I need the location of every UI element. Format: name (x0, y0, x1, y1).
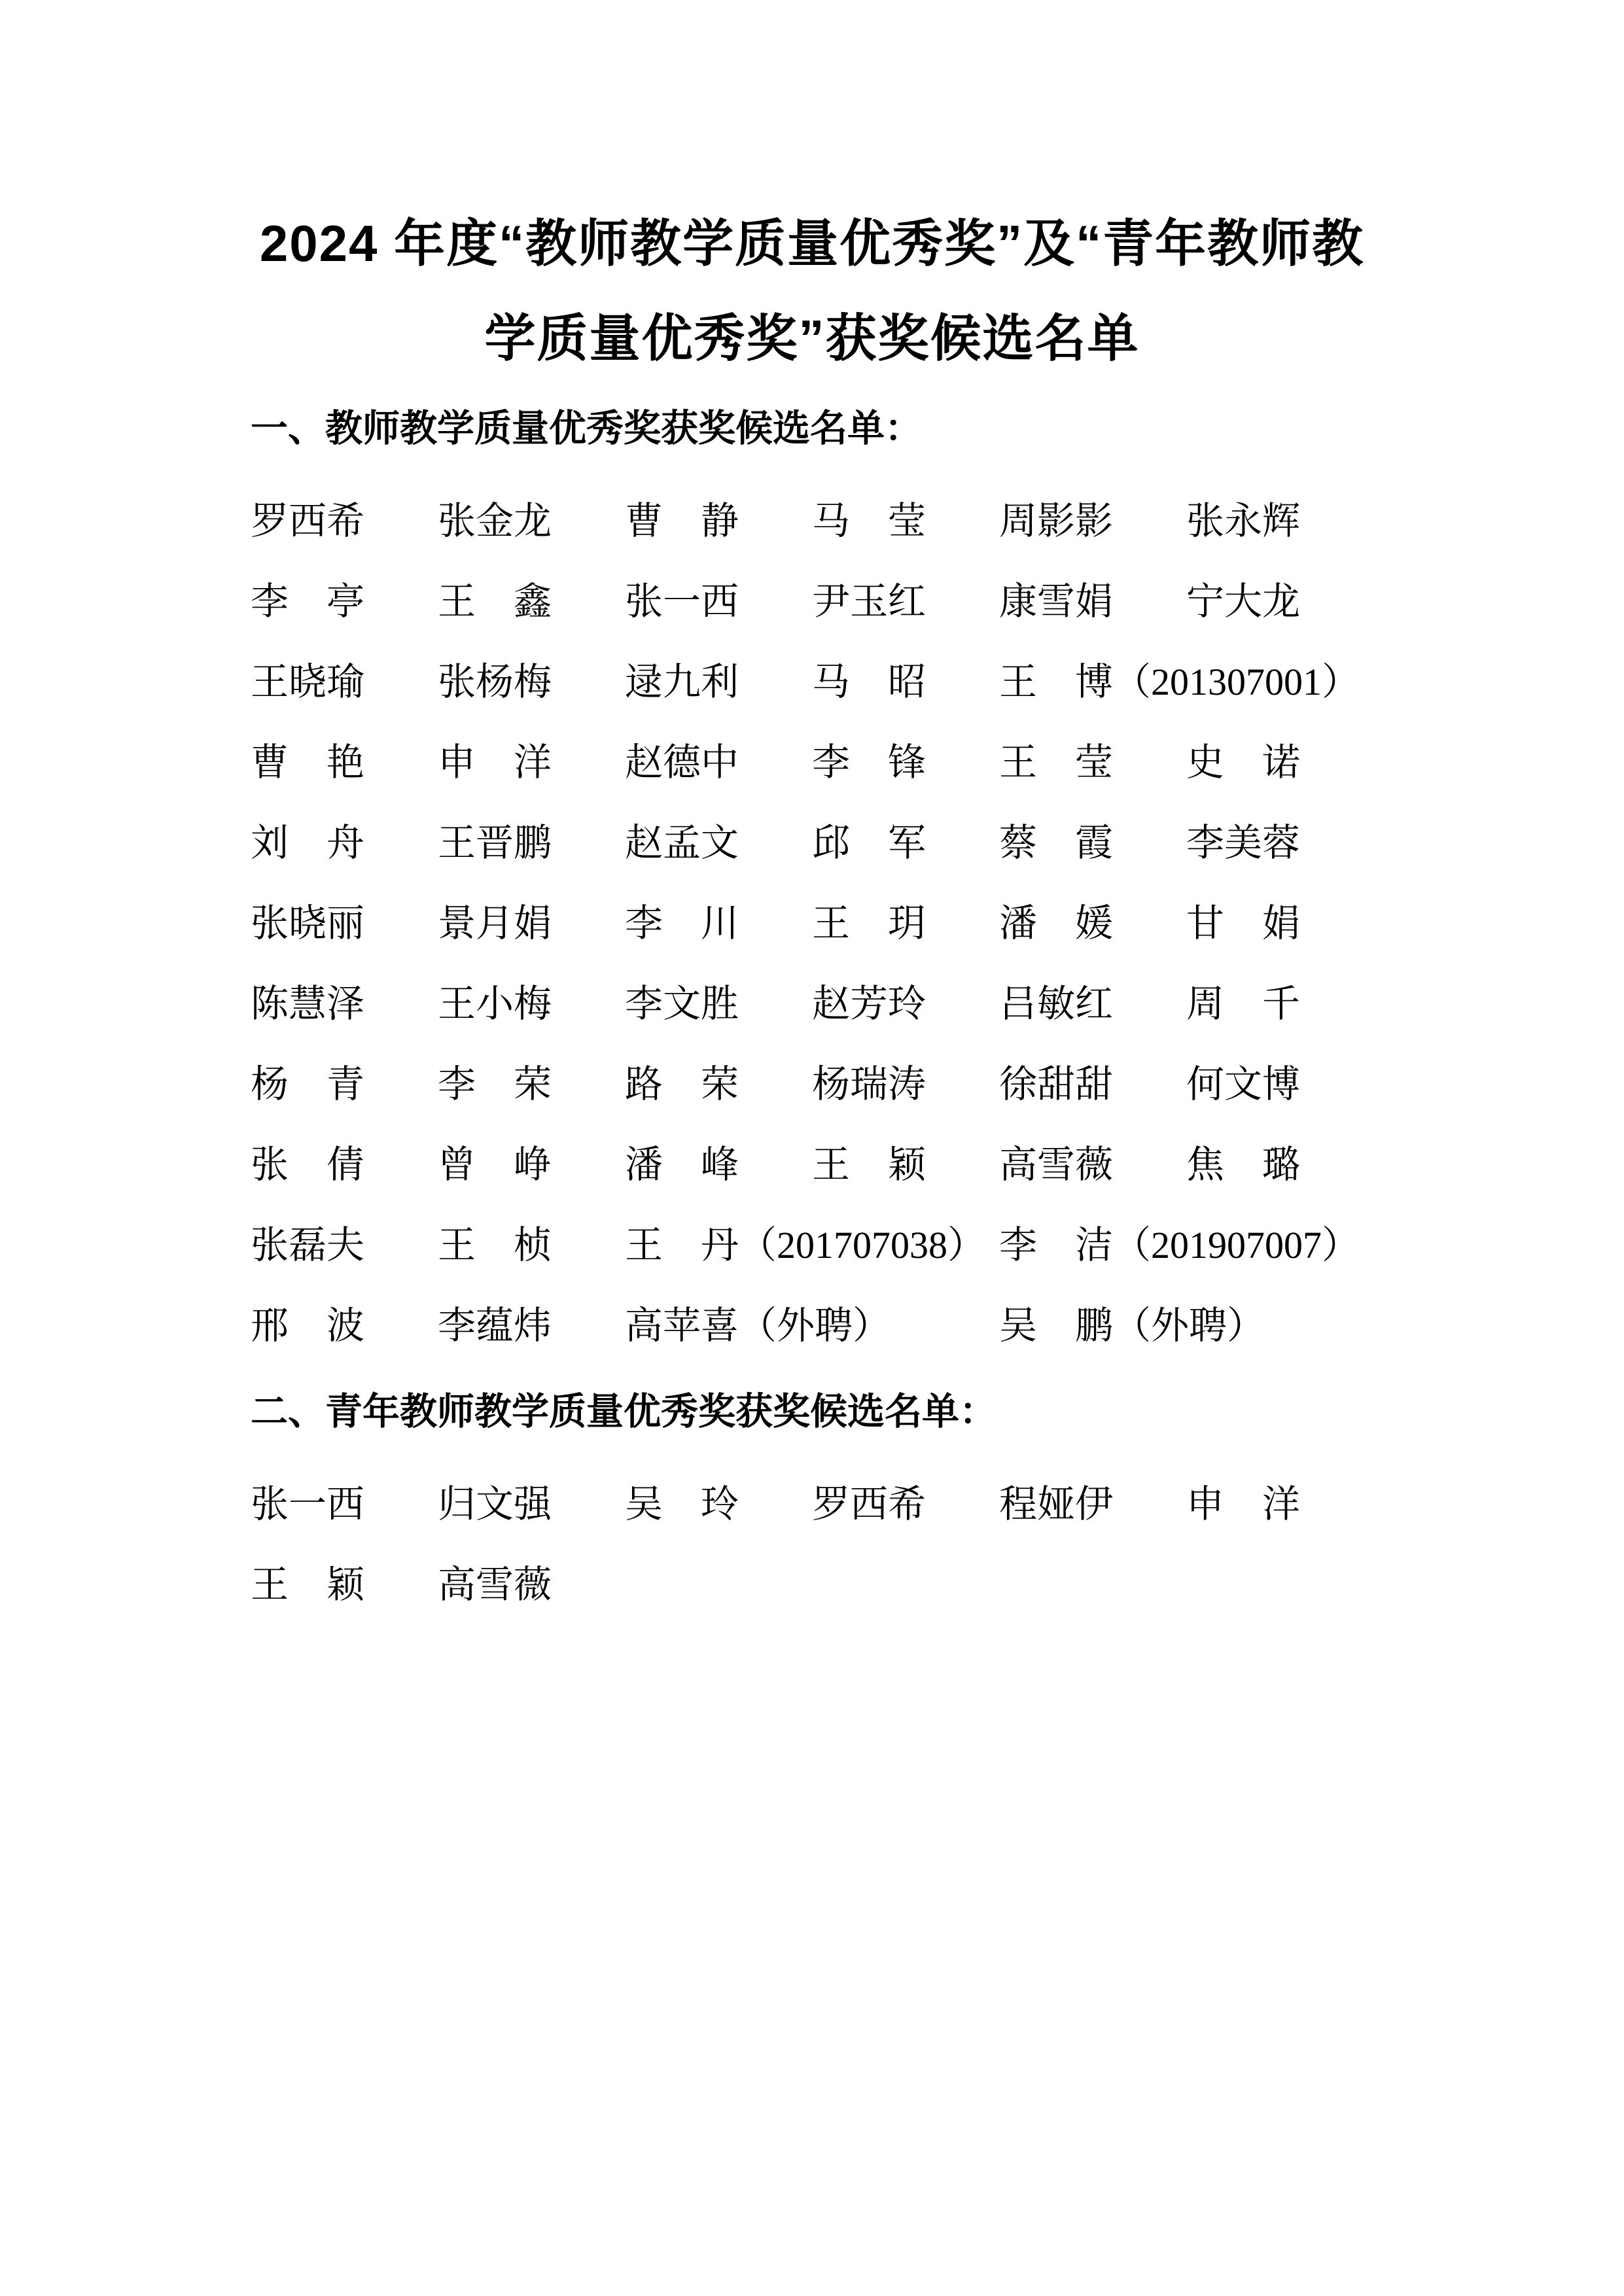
candidate-name: 王 博（201307001） (999, 655, 1373, 709)
candidate-name: 蔡 霞 (999, 816, 1186, 870)
candidate-name: 康雪娟 (999, 575, 1186, 629)
name-row: 张一西归文强吴 玲罗西希程娅伊申 洋 (251, 1464, 1373, 1544)
candidate-name: 张晓丽 (251, 897, 438, 950)
candidate-name: 邢 波 (251, 1299, 438, 1353)
candidate-name: 杨 青 (251, 1058, 438, 1111)
candidate-name: 李 亭 (251, 575, 438, 629)
candidate-name: 陈慧泽 (251, 977, 438, 1031)
document-title-line-2: 学质量优秀奖”获奖候选名单 (251, 291, 1373, 386)
candidate-name: 高苹喜（外聘） (625, 1299, 999, 1353)
candidate-name: 高雪薇 (999, 1138, 1186, 1192)
candidate-name: 潘 峰 (625, 1138, 812, 1192)
section2-heading: 二、青年教师教学质量优秀奖获奖候选名单： (251, 1385, 1373, 1438)
name-row: 杨 青李 荣路 荣杨瑞涛徐甜甜何文博 (251, 1044, 1373, 1124)
candidate-name: 张杨梅 (438, 655, 625, 709)
candidate-name: 焦 璐 (1186, 1138, 1373, 1192)
candidate-name: 李 川 (625, 897, 812, 950)
candidate-name: 王 颖 (812, 1138, 999, 1192)
name-row: 张 倩曾 峥潘 峰王 颖高雪薇焦 璐 (251, 1124, 1373, 1205)
name-row: 曹 艳申 洋赵德中李 锋王 莹史 诺 (251, 722, 1373, 803)
candidate-name: 王小梅 (438, 977, 625, 1031)
candidate-name: 赵孟文 (625, 816, 812, 870)
candidate-name: 程娅伊 (999, 1478, 1186, 1531)
candidate-name: 张永辉 (1186, 495, 1373, 548)
section1-heading: 一、教师教学质量优秀奖获奖候选名单： (251, 402, 1373, 455)
name-row: 王晓瑜张杨梅逯九利马 昭王 博（201307001） (251, 642, 1373, 722)
candidate-name: 王 鑫 (438, 575, 625, 629)
candidate-name: 路 荣 (625, 1058, 812, 1111)
candidate-name: 吴 鹏（外聘） (999, 1299, 1373, 1353)
name-row: 张磊夫王 桢王 丹（201707038）李 洁（201907007） (251, 1205, 1373, 1285)
candidate-name: 李文胜 (625, 977, 812, 1031)
candidate-name: 杨瑞涛 (812, 1058, 999, 1111)
name-row: 罗西希张金龙曹 静马 莹周影影张永辉 (251, 481, 1373, 561)
name-row: 刘 舟王晋鹏赵孟文邱 军蔡 霞李美蓉 (251, 803, 1373, 883)
candidate-name: 曾 峥 (438, 1138, 625, 1192)
candidate-name: 宁大龙 (1186, 575, 1373, 629)
candidate-name: 罗西希 (251, 495, 438, 548)
candidate-name: 罗西希 (812, 1478, 999, 1531)
candidate-name: 张磊夫 (251, 1219, 438, 1272)
candidate-name: 徐甜甜 (999, 1058, 1186, 1111)
candidate-name: 刘 舟 (251, 816, 438, 870)
candidate-name: 申 洋 (438, 736, 625, 790)
candidate-name: 吴 玲 (625, 1478, 812, 1531)
candidate-name: 王 桢 (438, 1219, 625, 1272)
candidate-name: 曹 静 (625, 495, 812, 548)
candidate-name: 何文博 (1186, 1058, 1373, 1111)
name-row: 王 颖高雪薇 (251, 1544, 1373, 1625)
candidate-name: 申 洋 (1186, 1478, 1373, 1531)
section2-name-list: 张一西归文强吴 玲罗西希程娅伊申 洋王 颖高雪薇 (251, 1464, 1373, 1625)
candidate-name: 周 千 (1186, 977, 1373, 1031)
candidate-name: 尹玉红 (812, 575, 999, 629)
candidate-name: 李 荣 (438, 1058, 625, 1111)
candidate-name: 王 玥 (812, 897, 999, 950)
candidate-name: 甘 娟 (1186, 897, 1373, 950)
candidate-name: 景月娟 (438, 897, 625, 950)
candidate-name: 王 莹 (999, 736, 1186, 790)
candidate-name: 赵德中 (625, 736, 812, 790)
candidate-name: 李 锋 (812, 736, 999, 790)
candidate-name: 张金龙 (438, 495, 625, 548)
candidate-name: 曹 艳 (251, 736, 438, 790)
name-row: 陈慧泽王小梅李文胜赵芳玲吕敏红周 千 (251, 964, 1373, 1044)
candidate-name: 张一西 (625, 575, 812, 629)
candidate-name: 张一西 (251, 1478, 438, 1531)
candidate-name: 高雪薇 (438, 1558, 625, 1612)
candidate-name: 归文强 (438, 1478, 625, 1531)
candidate-name: 王晋鹏 (438, 816, 625, 870)
name-row: 李 亭王 鑫张一西尹玉红康雪娟宁大龙 (251, 561, 1373, 642)
candidate-name: 王 丹（201707038） (625, 1219, 999, 1272)
candidate-name: 史 诺 (1186, 736, 1373, 790)
document-title-line-1: 2024 年度“教师教学质量优秀奖”及“青年教师教 (251, 196, 1373, 291)
candidate-name: 王晓瑜 (251, 655, 438, 709)
candidate-name: 李美蓉 (1186, 816, 1373, 870)
document-title: 2024 年度“教师教学质量优秀奖”及“青年教师教 学质量优秀奖”获奖候选名单 (251, 196, 1373, 386)
candidate-name: 周影影 (999, 495, 1186, 548)
document-page: 2024 年度“教师教学质量优秀奖”及“青年教师教 学质量优秀奖”获奖候选名单 … (0, 0, 1624, 2296)
candidate-name: 邱 军 (812, 816, 999, 870)
name-row: 邢 波李蕴炜高苹喜（外聘）吴 鹏（外聘） (251, 1285, 1373, 1366)
candidate-name: 马 昭 (812, 655, 999, 709)
candidate-name: 张 倩 (251, 1138, 438, 1192)
candidate-name: 赵芳玲 (812, 977, 999, 1031)
candidate-name: 李蕴炜 (438, 1299, 625, 1353)
candidate-name: 李 洁（201907007） (999, 1219, 1373, 1272)
candidate-name: 逯九利 (625, 655, 812, 709)
candidate-name: 潘 媛 (999, 897, 1186, 950)
section1-name-list: 罗西希张金龙曹 静马 莹周影影张永辉李 亭王 鑫张一西尹玉红康雪娟宁大龙王晓瑜张… (251, 481, 1373, 1366)
candidate-name: 王 颖 (251, 1558, 438, 1612)
candidate-name: 吕敏红 (999, 977, 1186, 1031)
candidate-name: 马 莹 (812, 495, 999, 548)
name-row: 张晓丽景月娟李 川王 玥潘 媛甘 娟 (251, 883, 1373, 964)
